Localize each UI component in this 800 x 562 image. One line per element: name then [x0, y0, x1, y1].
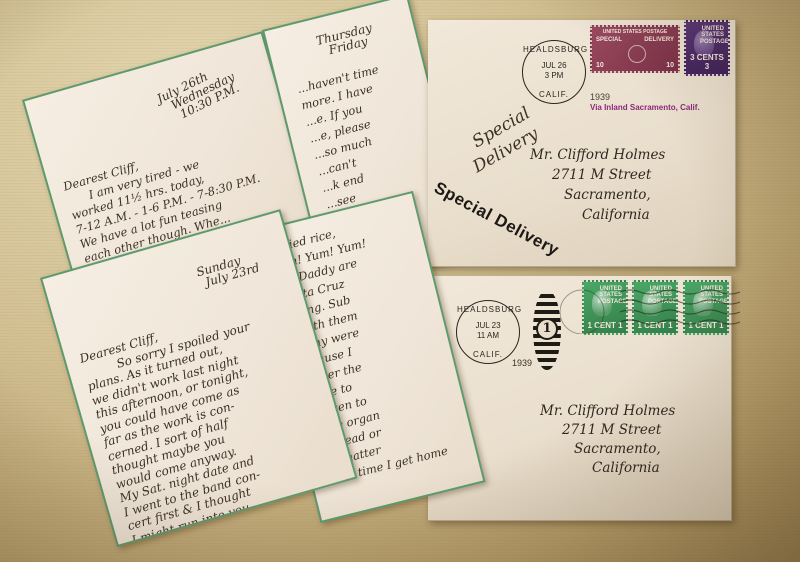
special-delivery-stamp [428, 20, 432, 24]
stamp-value: 10 [666, 62, 674, 69]
postmark-date: JUL 26 [541, 61, 566, 70]
postmark-state: CALIF. [457, 350, 519, 359]
postmark-time: 11 AM [477, 331, 499, 340]
postmark-state: CALIF. [523, 90, 585, 99]
address-city: Sacramento, [564, 185, 665, 205]
recipient-address: Mr. Clifford Holmes 2711 M Street Sacram… [540, 402, 675, 478]
stamp-top-text: UNITED STATES POSTAGE [700, 26, 724, 45]
cancel-number-circle: 1 [536, 318, 558, 340]
address-street: 2711 M Street [562, 421, 675, 440]
purple-routing-stamp: Via Inland Sacramento, Calif. [590, 103, 700, 112]
postmark-date: JUL 23 [475, 321, 500, 330]
letter-date: July 26th Wednesday 10:30 P.M. [155, 60, 242, 127]
postmark-healdsburg-jul26: HEALDSBURG JUL 26 3 PM CALIF. [522, 40, 586, 104]
motorcycle-messenger-icon [628, 45, 646, 63]
postmark-town: HEALDSBURG [523, 45, 585, 54]
stamp-label-right: DELIVERY [644, 37, 674, 43]
special-delivery-stamp: UNITED STATES POSTAGE SPECIAL DELIVERY 1… [590, 25, 680, 73]
address-name: Mr. Clifford Holmes [540, 402, 675, 421]
postmark-town: HEALDSBURG [457, 305, 519, 314]
year-mark: 1939 [512, 358, 532, 368]
address-name: Mr. Clifford Holmes [530, 145, 665, 165]
postmark-datetime: JUL 26 3 PM [523, 61, 585, 81]
recipient-address: Mr. Clifford Holmes 2711 M Street Sacram… [530, 145, 665, 225]
address-state: California [592, 459, 675, 478]
stamp-value: 10 [596, 62, 604, 69]
letter-body: Dearest Cliff, So sorry I spoiled your p… [78, 305, 299, 547]
stamp-top-text: UNITED STATES POSTAGE [596, 29, 674, 35]
postmark-time: 3 PM [545, 71, 564, 80]
postmark-datetime: JUL 23 11 AM [457, 321, 519, 341]
three-cent-stamp: UNITED STATES POSTAGE 3 CENTS 3 [684, 20, 730, 76]
address-city: Sacramento, [574, 440, 675, 459]
stamp-value: 3 CENTS 3 [689, 53, 725, 71]
letter-date: Thursday Friday [315, 22, 376, 59]
postmark-healdsburg-jul23: HEALDSBURG JUL 23 11 AM CALIF. [456, 300, 520, 364]
stamp-label-left: SPECIAL [596, 37, 622, 43]
cancel-wavy-lines-icon [560, 284, 740, 334]
address-state: California [582, 205, 665, 225]
striped-oval-cancel: 1 [533, 290, 561, 370]
address-street: 2711 M Street [552, 165, 665, 185]
year-mark: 1939 [590, 92, 610, 102]
letter-date: Sunday July 23rd [195, 250, 261, 290]
stamp-bottom-text: 3 CENTS 3 [689, 53, 725, 71]
